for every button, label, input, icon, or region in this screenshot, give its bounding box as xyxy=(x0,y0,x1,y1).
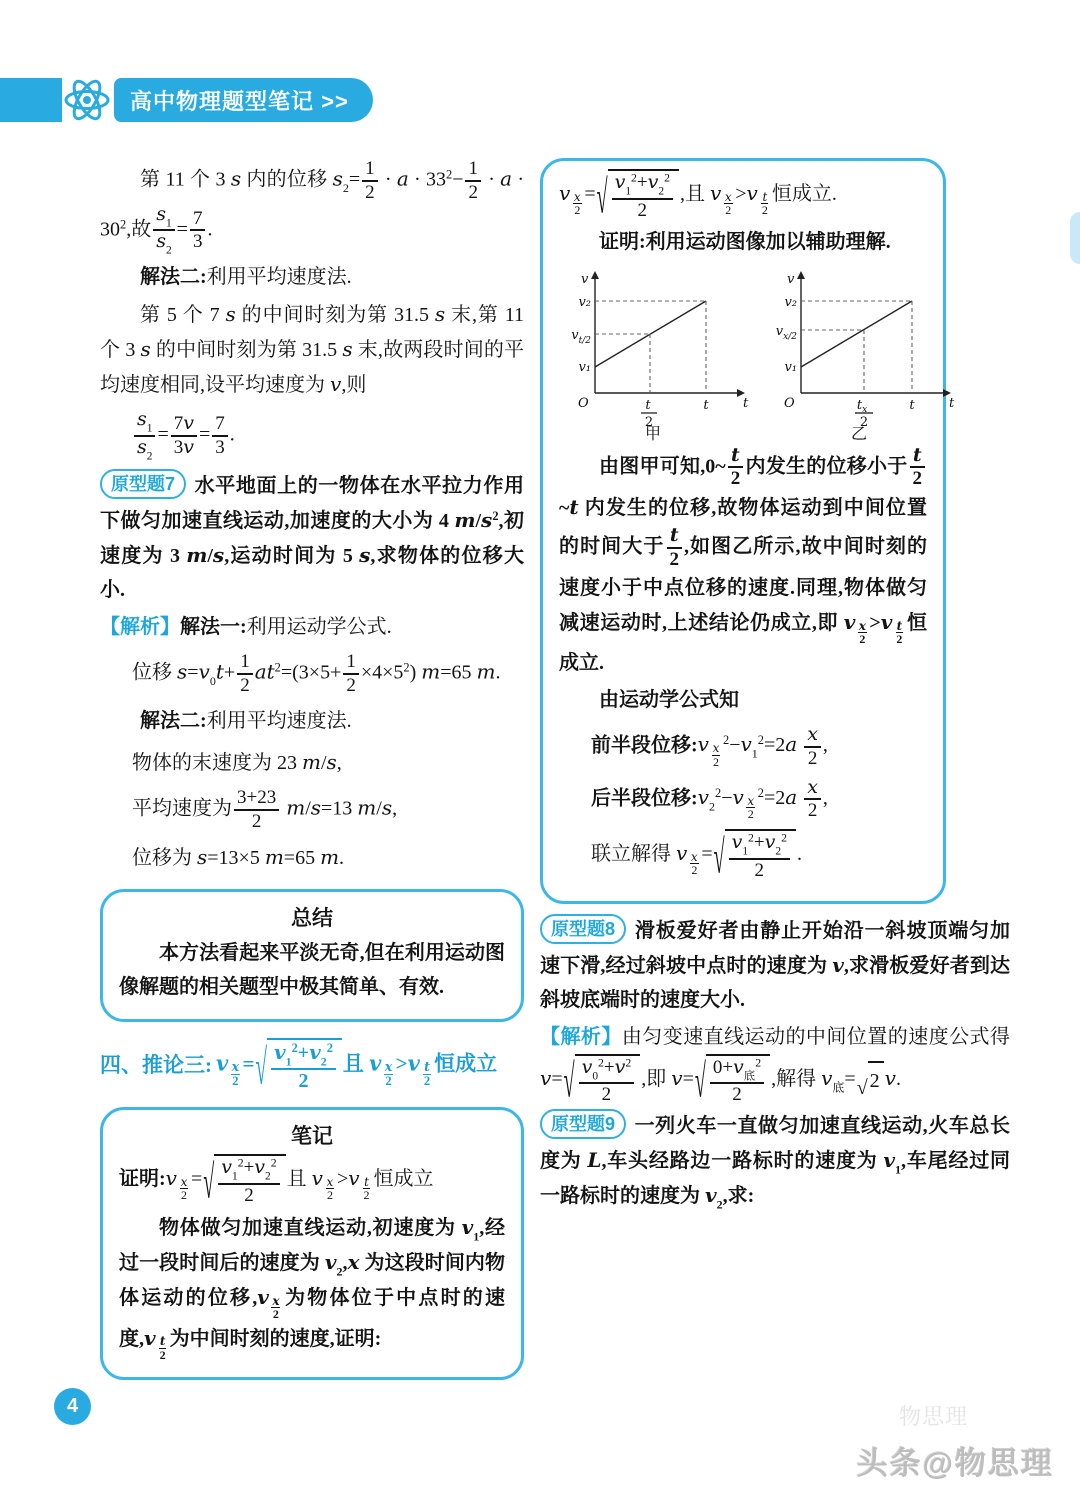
formula-line: 位移为 s=13×5 m=65 m. xyxy=(100,840,524,875)
vmid-label: vx/2 xyxy=(776,324,797,342)
inference-3-heading: 四、推论三: vx2=√v12+v222且 vx2>vt2恒成立 xyxy=(100,1038,524,1093)
solution-paragraph: 第 11 个 3 s 内的位移 s2=12 · a · 332−12 · a ·… xyxy=(100,158,524,257)
atom-icon xyxy=(63,75,111,125)
page-edge-decoration-icon xyxy=(1070,212,1080,264)
vt-graph-yi: v v₂ vx/2 v₁ O tx 2 t t 乙 xyxy=(767,263,957,441)
axes xyxy=(595,279,737,393)
heading-label: 四、推论三: xyxy=(100,1051,212,1080)
note-box: 笔记 证明:vx2=√v12+v222且 vx2>vt2恒成立 物体做匀加速直线… xyxy=(100,1107,524,1379)
v1-label: v₁ xyxy=(784,360,797,375)
summary-title: 总结 xyxy=(119,902,505,932)
note-body: 物体做匀加速直线运动,初速度为 v1,经过一段时间后的速度为 v2,x 为这段时… xyxy=(119,1210,505,1362)
textbook-page: 高中物理题型笔记 >> 第 11 个 3 s 内的位移 s2=12 · a · … xyxy=(0,0,1080,1504)
example8-badge: 原型题8 xyxy=(540,914,626,944)
graph-caption: 乙 xyxy=(851,424,867,441)
book-title-banner: 高中物理题型笔记 >> xyxy=(114,78,373,122)
t-tick-label: t xyxy=(909,398,915,413)
t-tick-label: t xyxy=(703,398,709,413)
heading-formula: vx2=√v12+v222且 vx2>vt2恒成立 xyxy=(216,1038,497,1093)
y-axis-label: v xyxy=(581,272,589,287)
vmid-sub: x/2 xyxy=(783,332,797,342)
watermark: 头条@物思理 xyxy=(857,1438,1054,1483)
formula: vx22−v12=2a x2, xyxy=(698,734,828,756)
analysis-line: 【解析】解法一:利用运动学公式. xyxy=(100,610,524,644)
proof-text: 利用运动图像加以辅助理解. xyxy=(646,231,891,253)
analysis-label: 【解析】 xyxy=(100,616,180,638)
graph-caption: 甲 xyxy=(645,424,661,441)
kinematics-intro: 由运动学公式知 xyxy=(559,683,927,717)
book-title: 高中物理题型笔记 >> xyxy=(130,85,349,116)
note-title: 笔记 xyxy=(119,1120,505,1150)
right-column: vx2=√v12+v222,且 vx2>vt2恒成立. 证明:利用运动图像加以辅… xyxy=(540,158,1010,1216)
formula: v22−vx22=2a x2, xyxy=(698,787,828,809)
y-arrow-icon xyxy=(797,271,805,279)
v2-label: v₂ xyxy=(578,295,591,310)
y-arrow-icon xyxy=(591,271,599,279)
formula-line: s1s2=7v3v=73. xyxy=(100,409,524,462)
vmid-label: vt/2 xyxy=(571,328,591,346)
summary-body: 本方法看起来平淡无奇,但在利用运动图像解题的相关题型中极其简单、有效. xyxy=(119,936,505,1004)
left-column: 第 11 个 3 s 内的位移 s2=12 · a · 332−12 · a ·… xyxy=(100,158,524,1390)
second-half-formula: 后半段位移:v22−vx22=2a x2, xyxy=(559,777,927,823)
formula-label: 后半段位移: xyxy=(591,787,698,809)
axes xyxy=(801,279,943,393)
solution-line: 物体的末速度为 23 m/s, xyxy=(100,745,524,780)
graph-explanation: 由图甲可知,0~t2内发生的位移小于t2~t 内发生的位移,故物体运动到中间位置… xyxy=(559,445,927,680)
first-half-formula: 前半段位移:vx22−v12=2a x2, xyxy=(559,724,927,770)
method-text: 利用平均速度法. xyxy=(207,266,352,288)
example7-badge: 原型题7 xyxy=(100,469,186,499)
analysis-label: 【解析】 xyxy=(540,1026,622,1048)
solution-paragraph: 第 5 个 7 s 的中间时刻为第 31.5 s 末,第 11 个 3 s 的中… xyxy=(100,297,524,402)
proof-label: 证明: xyxy=(599,231,646,253)
velocity-time-graphs: v v₂ vt/2 v₁ O t 2 t t 甲 xyxy=(561,263,927,441)
proof-formula: vx2=√v12+v222且 vx2>vt2恒成立 xyxy=(166,1168,434,1190)
example9-badge: 原型题9 xyxy=(540,1109,626,1139)
example8-analysis: 【解析】由匀变速直线运动的中间位置的速度公式得 v=√v02+v22,即 v=√… xyxy=(540,1020,1010,1107)
method-label: 解法二: xyxy=(140,266,207,288)
velocity-line xyxy=(801,301,912,367)
method-text: 利用运动学公式. xyxy=(247,616,392,638)
example8-statement: 原型题8滑板爱好者由静止开始沿一斜坡顶端匀加速下滑,经过斜坡中点时的速度为 v,… xyxy=(540,914,1010,1017)
v2-label: v₂ xyxy=(784,295,797,310)
page-number: 4 xyxy=(67,1395,78,1418)
mid-tick-numerator: t xyxy=(645,398,651,413)
vmid-sub: t/2 xyxy=(579,336,592,346)
watermark-ghost: 物思理 xyxy=(899,1400,968,1431)
summary-box: 总结 本方法看起来平淡无奇,但在利用运动图像解题的相关题型中极其简单、有效. xyxy=(100,889,524,1022)
conclusion-formula: vx2=√v12+v222,且 vx2>vt2恒成立. xyxy=(559,169,927,222)
page-number-badge: 4 xyxy=(54,1388,91,1425)
dashed-guides xyxy=(801,301,912,393)
note-box-continued: vx2=√v12+v222,且 vx2>vt2恒成立. 证明:利用运动图像加以辅… xyxy=(540,158,946,904)
dashed-guides xyxy=(595,301,706,393)
proof-intro: 证明:利用运动图像加以辅助理解. xyxy=(559,225,927,259)
formula-line: 平均速度为3+232 m/s=13 m/s, xyxy=(100,787,524,833)
origin-label: O xyxy=(578,396,589,411)
y-axis-label: v xyxy=(787,272,795,287)
origin-label: O xyxy=(784,396,795,411)
tick-num-base: t xyxy=(645,398,651,413)
example9-statement: 原型题9一列火车一直做匀加速直线运动,火车总长度为 L,车头经路边一路标时的速度… xyxy=(540,1109,1010,1213)
note-proof-line: 证明:vx2=√v12+v222且 vx2>vt2恒成立 xyxy=(119,1154,505,1207)
method-label: 解法二: xyxy=(140,710,207,732)
combined-result-formula: 联立解得 vx2=√v12+v222. xyxy=(559,829,927,882)
x-axis-label: t xyxy=(949,396,955,411)
v1-label: v₁ xyxy=(578,360,591,375)
formula-label: 前半段位移: xyxy=(591,734,698,756)
method2-line: 解法二:利用平均速度法. xyxy=(100,704,524,738)
method2-line: 解法二:利用平均速度法. xyxy=(100,260,524,294)
brand-color-block xyxy=(0,78,62,122)
formula-line: 位移 s=v0t+12at2=(3×5+12×4×52) m=65 m. xyxy=(100,651,524,697)
vt-graph-jia: v v₂ vt/2 v₁ O t 2 t t 甲 xyxy=(561,263,751,441)
method-label: 解法一: xyxy=(180,616,247,638)
proof-label: 证明: xyxy=(119,1168,166,1190)
method-text: 利用平均速度法. xyxy=(207,710,352,732)
x-axis-label: t xyxy=(743,396,749,411)
example7-statement: 原型题7水平地面上的一物体在水平拉力作用下做匀加速直线运动,加速度的大小为 4 … xyxy=(100,469,524,607)
